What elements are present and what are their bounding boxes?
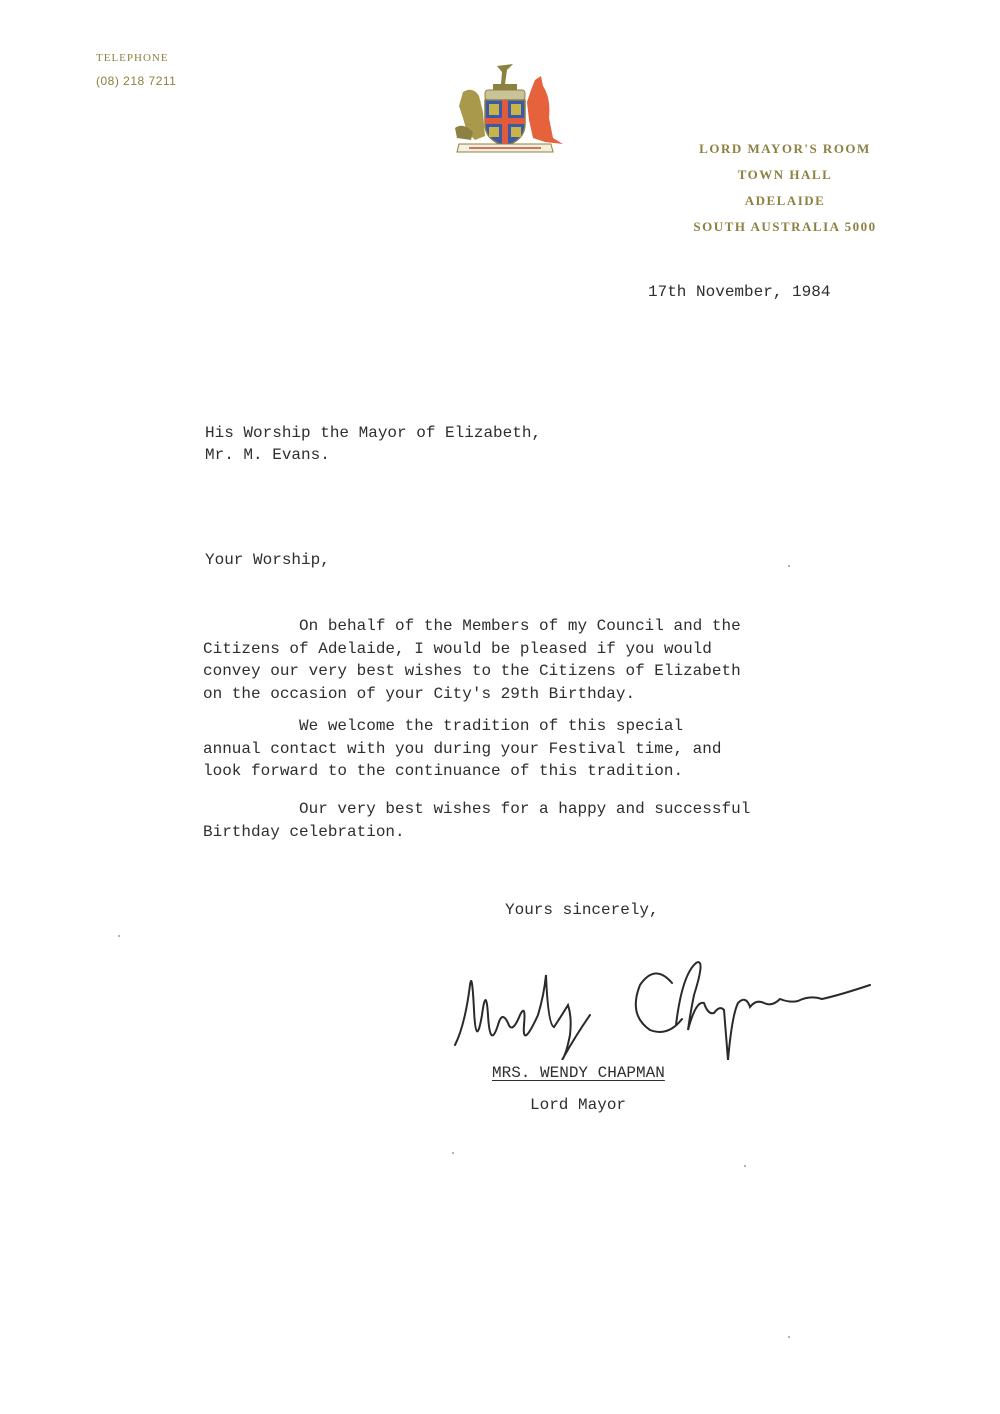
body-paragraph: We welcome the tradition of this special… <box>203 715 721 783</box>
signer-title: Lord Mayor <box>530 1096 626 1114</box>
body-paragraph: Our very best wishes for a happy and suc… <box>203 798 750 843</box>
scan-speck <box>788 565 790 567</box>
body-paragraph: On behalf of the Members of my Council a… <box>203 615 741 705</box>
address-line: ADELAIDE <box>650 188 920 214</box>
telephone-label: TELEPHONE <box>96 52 169 64</box>
address-line: TOWN HALL <box>650 162 920 188</box>
scan-speck <box>118 935 120 937</box>
scan-speck <box>744 1165 746 1167</box>
salutation: Your Worship, <box>205 551 330 569</box>
recipient-address: His Worship the Mayor of Elizabeth, Mr. … <box>205 422 541 466</box>
letterhead-address: LORD MAYOR'S ROOM TOWN HALL ADELAIDE SOU… <box>650 136 920 240</box>
letter-date: 17th November, 1984 <box>648 283 830 301</box>
signature-icon <box>450 955 900 1060</box>
signer-name: MRS. WENDY CHAPMAN <box>492 1064 665 1082</box>
telephone-number: (08) 218 7211 <box>96 74 176 88</box>
scan-speck <box>788 1336 790 1338</box>
scan-speck <box>452 1152 454 1154</box>
address-line: SOUTH AUSTRALIA 5000 <box>650 214 920 240</box>
coat-of-arms-icon <box>445 62 565 156</box>
closing: Yours sincerely, <box>505 901 659 919</box>
address-line: LORD MAYOR'S ROOM <box>650 136 920 162</box>
